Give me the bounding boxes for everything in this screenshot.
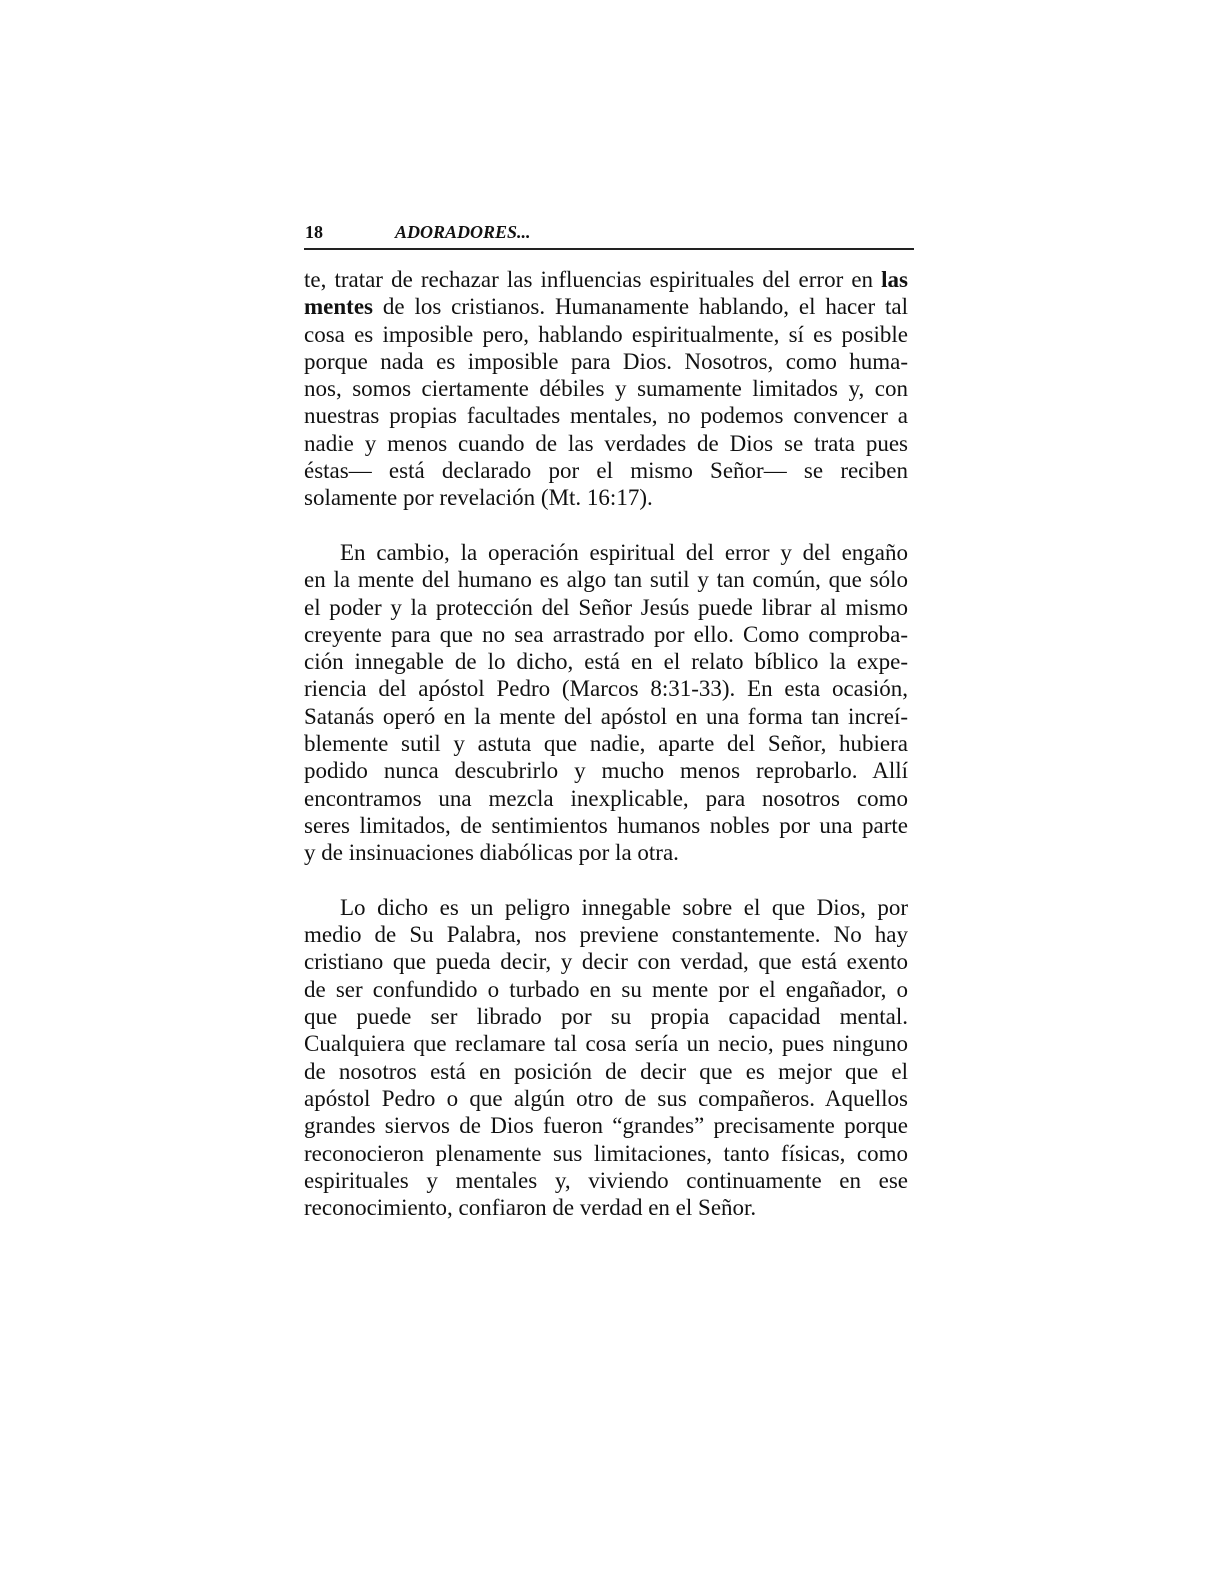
text-line: de ser confundido o turbado en su mente …	[304, 976, 908, 1003]
text-line: reconocieron plenamente sus limitaciones…	[304, 1140, 908, 1167]
text-line: Lo dicho es un peligro innegable sobre e…	[304, 894, 908, 921]
text-line: el poder y la protección del Señor Jesús…	[304, 594, 908, 621]
text-line: Cualquiera que reclamare tal cosa sería …	[304, 1030, 908, 1057]
text-line: nadie y menos cuando de las verdades de …	[304, 430, 908, 457]
text-line: encontramos una mezcla inexplicable, par…	[304, 785, 908, 812]
text-line: blemente sutil y astuta que nadie, apart…	[304, 730, 908, 757]
text-line: ción innegable de lo dicho, está en el r…	[304, 648, 908, 675]
text-line: mentes de los cristianos. Humanamente ha…	[304, 293, 908, 320]
page: 18 ADORADORES...	[304, 218, 914, 246]
text-line: cristiano que pueda decir, y decir con v…	[304, 948, 908, 975]
bold-emphasis: las	[881, 267, 908, 292]
book-title: ADORADORES...	[395, 218, 531, 246]
text-line: nuestras propias facultades mentales, no…	[304, 402, 908, 429]
paragraph-2: En cambio, la operación espiritual del e…	[304, 539, 908, 867]
text-line: éstas— está declarado por el mismo Señor…	[304, 457, 908, 484]
text-line: En cambio, la operación espiritual del e…	[304, 539, 908, 566]
text-line: medio de Su Palabra, nos previene consta…	[304, 921, 908, 948]
text-line: en la mente del humano es algo tan sutil…	[304, 566, 908, 593]
text-line: cosa es imposible pero, hablando espirit…	[304, 321, 908, 348]
text-line: seres limitados, de sentimientos humanos…	[304, 812, 908, 839]
text-line: podido nunca descubrirlo y mucho menos r…	[304, 757, 908, 784]
header-rule	[304, 248, 914, 250]
paragraph-1: te, tratar de rechazar las influencias e…	[304, 266, 908, 512]
text-line: que puede ser librado por su propia capa…	[304, 1003, 908, 1030]
text-line: apóstol Pedro o que algún otro de sus co…	[304, 1085, 908, 1112]
text-line: y de insinuaciones diabólicas por la otr…	[304, 839, 908, 866]
paragraph-3: Lo dicho es un peligro innegable sobre e…	[304, 894, 908, 1222]
text-line: de nosotros está en posición de decir qu…	[304, 1058, 908, 1085]
text-line: riencia del apóstol Pedro (Marcos 8:31-3…	[304, 675, 908, 702]
bold-emphasis: mentes	[304, 294, 373, 319]
body-text: te, tratar de rechazar las influencias e…	[304, 266, 908, 1221]
text-line: grandes siervos de Dios fueron “grandes”…	[304, 1112, 908, 1139]
text-line: Satanás operó en la mente del apóstol en…	[304, 703, 908, 730]
running-header: 18 ADORADORES...	[304, 218, 914, 246]
text-line: porque nada es imposible para Dios. Noso…	[304, 348, 908, 375]
page-number: 18	[305, 218, 323, 246]
text-line: solamente por revelación (Mt. 16:17).	[304, 484, 908, 511]
text-line: reconocimiento, confiaron de verdad en e…	[304, 1194, 908, 1221]
text-line: espirituales y mentales y, viviendo cont…	[304, 1167, 908, 1194]
text-line: creyente para que no sea arrastrado por …	[304, 621, 908, 648]
text-line: nos, somos ciertamente débiles y sumamen…	[304, 375, 908, 402]
text-line: te, tratar de rechazar las influencias e…	[304, 266, 908, 293]
